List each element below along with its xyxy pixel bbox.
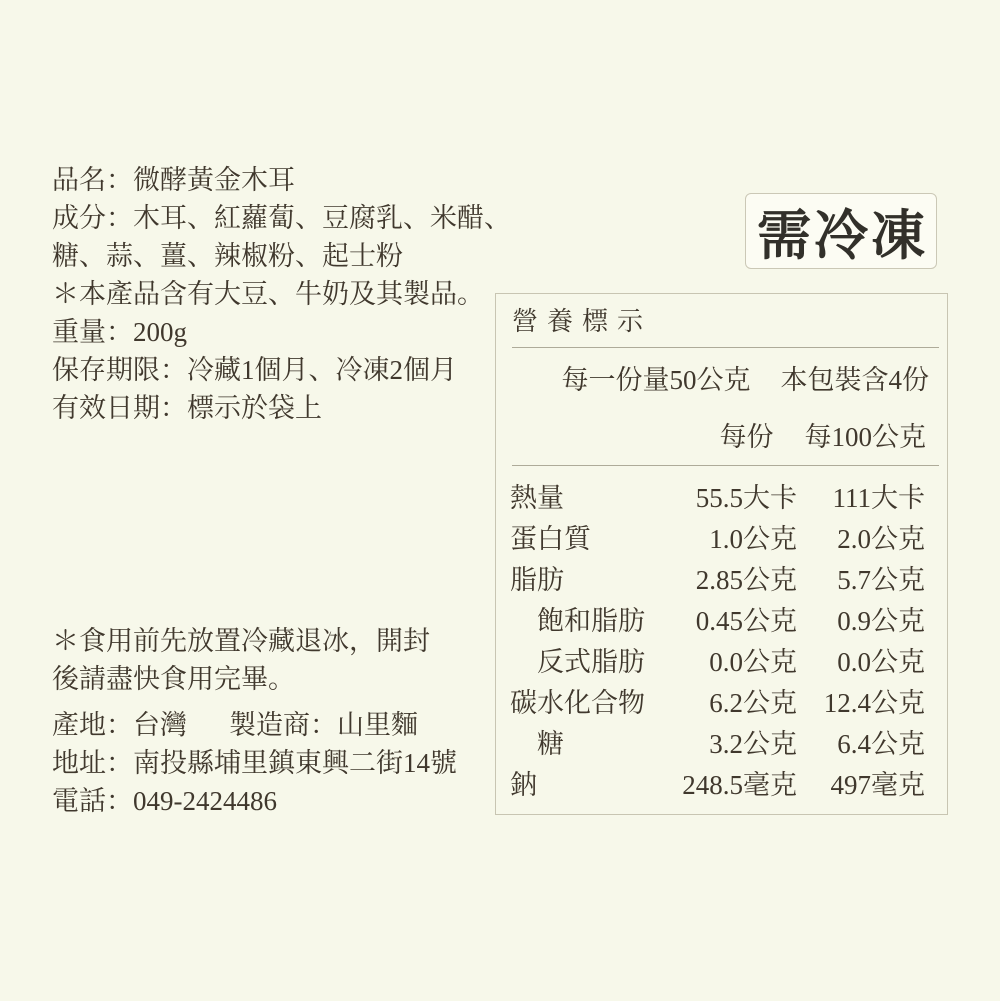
manufacturer-block: 產地：台灣製造商：山里麵 地址：南投縣埔里鎮東興二街14號 電話：049-242… bbox=[52, 706, 497, 820]
nutrition-divider-top bbox=[512, 347, 939, 348]
nutrition-row: 飽和脂肪 0.45公克 0.9公克 bbox=[496, 598, 947, 639]
nutrition-row: 反式脂肪 0.0公克 0.0公克 bbox=[496, 639, 947, 680]
ingredients-line-2: 糖、蒜、薑、辣椒粉、起士粉 bbox=[52, 237, 497, 275]
nutrition-row: 碳水化合物 6.2公克 12.4公克 bbox=[496, 680, 947, 721]
servings-per-pack-text: 本包裝含4份 bbox=[781, 365, 930, 395]
nutrient-label: 糖 bbox=[496, 721, 682, 762]
nutrition-row: 蛋白質 1.0公克 2.0公克 bbox=[496, 516, 947, 557]
product-name-line: 品名：微酵黃金木耳 bbox=[52, 161, 497, 199]
serving-size-text: 每一份量50公克 bbox=[562, 365, 751, 395]
nutrient-per-serving-value: 3.2公克 bbox=[682, 721, 817, 762]
usage-note-line-1: ＊食用前先放置冷藏退冰，開封 bbox=[52, 622, 497, 660]
nutrient-per-100g-value: 497毫克 bbox=[817, 762, 947, 803]
nutrition-row: 糖 3.2公克 6.4公克 bbox=[496, 721, 947, 762]
nutrition-row: 鈉 248.5毫克 497毫克 bbox=[496, 762, 947, 803]
maker-text: 製造商：山里麵 bbox=[229, 710, 418, 740]
nutrient-per-100g-value: 5.7公克 bbox=[817, 557, 947, 598]
usage-note-block: ＊食用前先放置冷藏退冰，開封 後請盡快食用完畢。 bbox=[52, 622, 497, 698]
nutrition-table: 熱量 55.5大卡 111大卡 蛋白質 1.0公克 2.0公克 脂肪 2.85公… bbox=[496, 475, 947, 803]
product-info-block: 品名：微酵黃金木耳 成分：木耳、紅蘿蔔、豆腐乳、米醋、 糖、蒜、薑、辣椒粉、起士… bbox=[52, 161, 497, 427]
shelf-life-line: 保存期限：冷藏1個月、冷凍2個月 bbox=[52, 351, 497, 389]
nutrition-divider-mid bbox=[512, 465, 939, 466]
column-headers-line: 每份每100公克 bbox=[496, 418, 947, 456]
nutrient-label: 蛋白質 bbox=[496, 516, 682, 557]
nutrient-per-100g-value: 111大卡 bbox=[817, 475, 947, 516]
storage-badge: 需冷凍 bbox=[745, 193, 937, 269]
nutrient-label: 熱量 bbox=[496, 475, 682, 516]
nutrient-per-serving-value: 248.5毫克 bbox=[682, 762, 817, 803]
nutrient-label: 飽和脂肪 bbox=[496, 598, 682, 639]
nutrient-per-serving-value: 2.85公克 bbox=[682, 557, 817, 598]
usage-note-line-2: 後請盡快食用完畢。 bbox=[52, 660, 497, 698]
per-100g-header: 每100公克 bbox=[805, 422, 927, 452]
origin-maker-line: 產地：台灣製造商：山里麵 bbox=[52, 706, 497, 744]
nutrient-label: 鈉 bbox=[496, 762, 682, 803]
nutrient-per-serving-value: 1.0公克 bbox=[682, 516, 817, 557]
ingredients-line-1: 成分：木耳、紅蘿蔔、豆腐乳、米醋、 bbox=[52, 199, 497, 237]
label-canvas: 品名：微酵黃金木耳 成分：木耳、紅蘿蔔、豆腐乳、米醋、 糖、蒜、薑、辣椒粉、起士… bbox=[0, 0, 1000, 1001]
weight-line: 重量：200g bbox=[52, 313, 497, 351]
nutrition-row: 脂肪 2.85公克 5.7公克 bbox=[496, 557, 947, 598]
nutrient-per-serving-value: 0.0公克 bbox=[682, 639, 817, 680]
nutrient-per-serving-value: 0.45公克 bbox=[682, 598, 817, 639]
nutrient-per-100g-value: 12.4公克 bbox=[817, 680, 947, 721]
nutrition-row: 熱量 55.5大卡 111大卡 bbox=[496, 475, 947, 516]
nutrient-label: 碳水化合物 bbox=[496, 680, 682, 721]
nutrient-per-serving-value: 55.5大卡 bbox=[682, 475, 817, 516]
nutrient-per-100g-value: 6.4公克 bbox=[817, 721, 947, 762]
expiry-date-line: 有效日期：標示於袋上 bbox=[52, 389, 497, 427]
serving-info-line: 每一份量50公克本包裝含4份 bbox=[496, 361, 947, 399]
phone-line: 電話：049-2424486 bbox=[52, 782, 497, 820]
nutrient-per-100g-value: 0.9公克 bbox=[817, 598, 947, 639]
nutrient-per-100g-value: 0.0公克 bbox=[817, 639, 947, 680]
nutrient-label: 反式脂肪 bbox=[496, 639, 682, 680]
address-line: 地址：南投縣埔里鎮東興二街14號 bbox=[52, 744, 497, 782]
nutrient-per-100g-value: 2.0公克 bbox=[817, 516, 947, 557]
allergen-note-line: ＊本產品含有大豆、牛奶及其製品。 bbox=[52, 275, 497, 313]
nutrient-label: 脂肪 bbox=[496, 557, 682, 598]
nutrient-per-serving-value: 6.2公克 bbox=[682, 680, 817, 721]
per-serving-header: 每份 bbox=[720, 422, 774, 452]
origin-text: 產地：台灣 bbox=[52, 710, 187, 740]
nutrition-panel: 營養標示 每一份量50公克本包裝含4份 每份每100公克 熱量 55.5大卡 1… bbox=[495, 293, 948, 815]
nutrition-title: 營養標示 bbox=[512, 306, 947, 338]
